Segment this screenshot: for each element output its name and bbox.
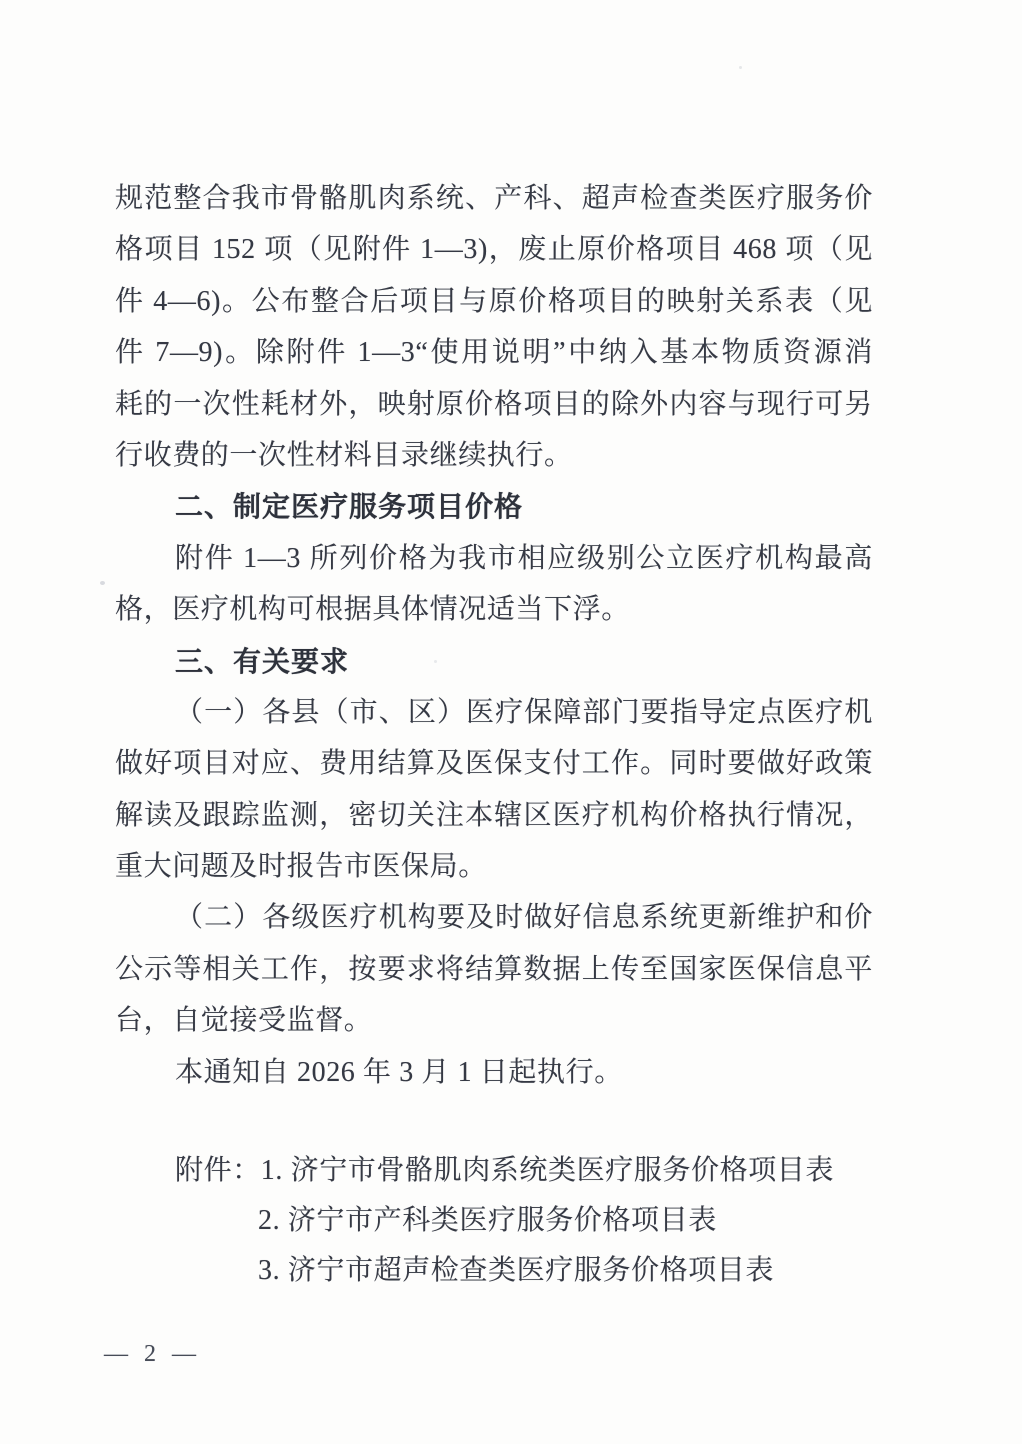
paragraph-line: （二）各级医疗机构要及时做好信息系统更新维护和价格 xyxy=(115,892,873,943)
attachment-list: 附件：1. 济宁市骨骼肌肉系统类医疗服务价格项目表 2. 济宁市产科类医疗服务价… xyxy=(115,1146,873,1296)
paragraph-line: 附件 1—3 所列价格为我市相应级别公立医疗机构最高价 xyxy=(115,533,873,584)
attachment-item: 3. 济宁市超声检查类医疗服务价格项目表 xyxy=(115,1246,873,1296)
paragraph-line: （一）各县（市、区）医疗保障部门要指导定点医疗机构 xyxy=(115,687,873,738)
scan-speck xyxy=(739,66,742,69)
paragraph-line: 件 7—9)。除附件 1—3“使用说明”中纳入基本物质资源消 xyxy=(115,327,873,378)
document-page: 规范整合我市骨骼肌肉系统、产科、超声检查类医疗服务价 格项目 152 项（见附件… xyxy=(0,0,1022,1444)
attachment-item: 附件：1. 济宁市骨骼肌肉系统类医疗服务价格项目表 xyxy=(115,1146,873,1196)
page-number: — 2 — xyxy=(104,1341,201,1368)
attachment-item: 2. 济宁市产科类医疗服务价格项目表 xyxy=(115,1196,873,1246)
effective-date-line: 本通知自 2026 年 3 月 1 日起执行。 xyxy=(115,1047,873,1098)
paragraph-line: 解读及跟踪监测，密切关注本辖区医疗机构价格执行情况， xyxy=(115,790,873,841)
paragraph-line: 件 4—6)。公布整合后项目与原价格项目的映射关系表（见附 xyxy=(115,276,873,327)
section-heading-2: 二、制定医疗服务项目价格 xyxy=(115,481,873,532)
paragraph-line: 格项目 152 项（见附件 1—3)，废止原价格项目 468 项（见附 xyxy=(115,224,873,275)
paragraph-line: 行收费的一次性材料目录继续执行。 xyxy=(115,430,873,481)
paragraph-line: 规范整合我市骨骼肌肉系统、产科、超声检查类医疗服务价 xyxy=(115,173,873,224)
paragraph-line: 重大问题及时报告市医保局。 xyxy=(115,841,873,892)
paragraph-line: 做好项目对应、费用结算及医保支付工作。同时要做好政策 xyxy=(115,738,873,789)
scan-speck xyxy=(100,581,105,585)
section-heading-3: 三、有关要求 xyxy=(115,636,873,687)
paragraph-line: 台，自觉接受监督。 xyxy=(115,995,873,1046)
paragraph-line: 公示等相关工作，按要求将结算数据上传至国家医保信息平 xyxy=(115,944,873,995)
paragraph-line: 格，医疗机构可根据具体情况适当下浮。 xyxy=(115,584,873,635)
scan-speck xyxy=(434,660,437,663)
document-body: 规范整合我市骨骼肌肉系统、产科、超声检查类医疗服务价 格项目 152 项（见附件… xyxy=(115,173,873,1296)
paragraph-line: 耗的一次性耗材外，映射原价格项目的除外内容与现行可另 xyxy=(115,379,873,430)
